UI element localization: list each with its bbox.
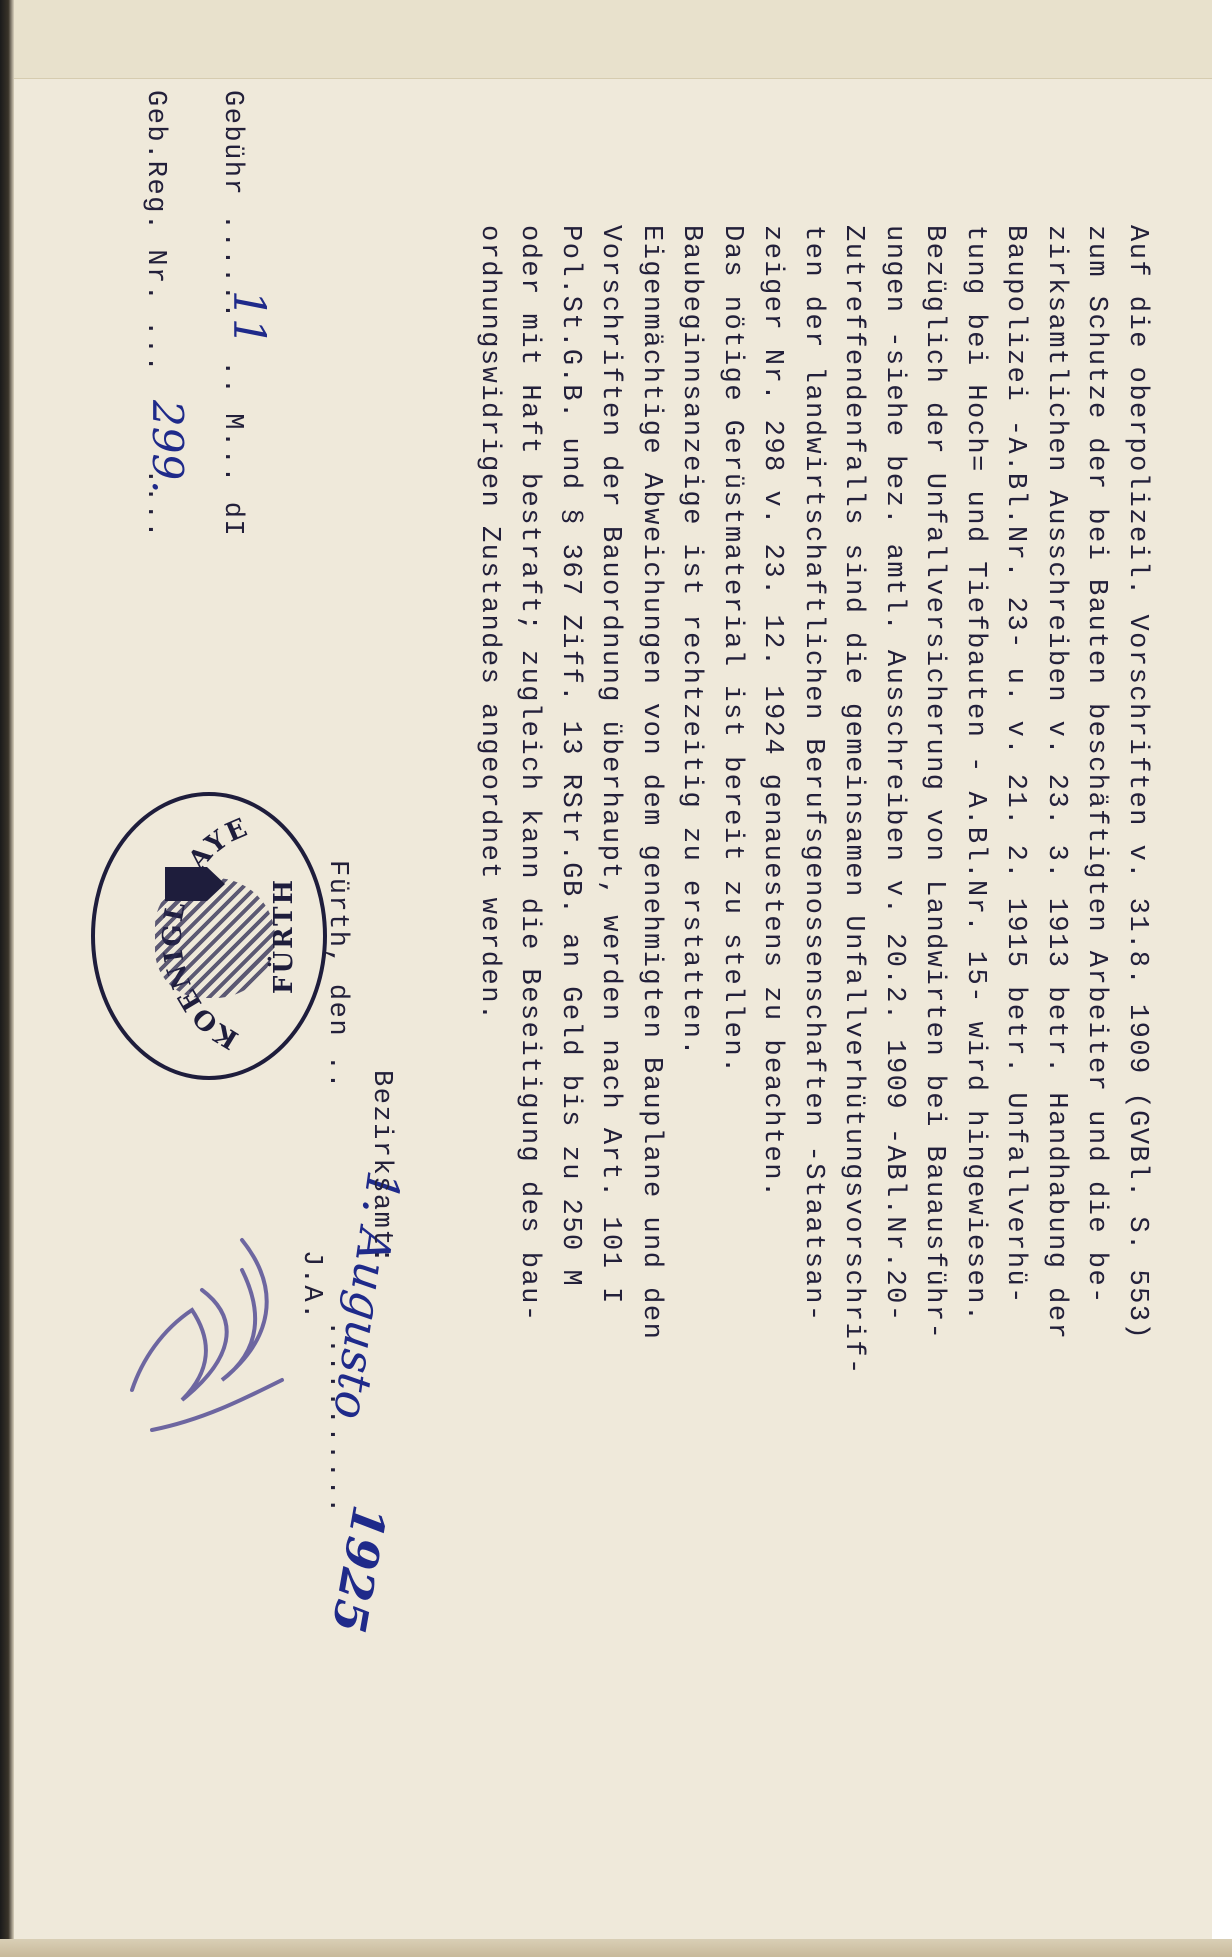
body-line: zirksamtlichen Ausschreiben v. 23. 3. 19… [1041,225,1071,1340]
body-line: Das nötige Gerüstmaterial ist bereit zu … [717,225,747,1075]
document-scan: Auf die oberpolizeil. Vorschriften v. 31… [0,0,1232,1957]
body-line: oder mit Haft bestraft; zugleich kann di… [515,225,545,1323]
body-line: zeiger Nr. 298 v. 23. 12. 1924 genaueste… [758,225,788,1199]
body-line: Zutreffendenfalls sind die gemeinsamen U… [839,225,869,1376]
body-line: ten der landwirtschaftlichen Berufsgenos… [798,225,828,1323]
handwritten-register-number: 299. [143,400,192,494]
body-line: ordnungswidrigen Zustandes angeordnet we… [474,225,504,1022]
body-line: ungen -siehe bez. amtl. Ausschreiben v. … [879,225,909,1323]
body-line: Baubeginnsanzeige ist rechtzeitig zu ers… [677,225,707,1057]
authority-label: Bezirksamt: [366,1070,396,1265]
body-line: Vorschriften der Bauordnung überhaupt, w… [596,225,626,1305]
place-prefix: Fürth, den [322,860,352,1055]
handwritten-fee: 11 [223,290,274,346]
body-line: zum Schutze der bei Bauten beschäftigten… [1082,225,1112,1305]
signature [122,1230,302,1450]
official-stamp: KOENIGL.BAYER.BEZIRKSAMT FÜRTH [91,792,327,1080]
body-line: Bezüglich der Unfallversicherung von Lan… [920,225,950,1340]
body-line: tung bei Hoch= und Tiefbauten - A.Bl.Nr.… [960,225,990,1323]
stamp-place: FÜRTH [269,878,299,994]
body-line: Baupolizei -A.Bl.Nr. 23- u. v. 21. 2. 19… [1001,225,1031,1305]
body-line: Auf die oberpolizeil. Vorschriften v. 31… [1122,225,1152,1340]
handwritten-year: 1925 [321,1501,396,1636]
body-line: Pol.St.G.B. und § 367 Ziff. 13 RStr.GB. … [555,225,585,1287]
rotated-page: Auf die oberpolizeil. Vorschriften v. 31… [0,0,1232,1957]
body-line: Eigenmächtige Abweichungen von dem geneh… [636,225,666,1340]
